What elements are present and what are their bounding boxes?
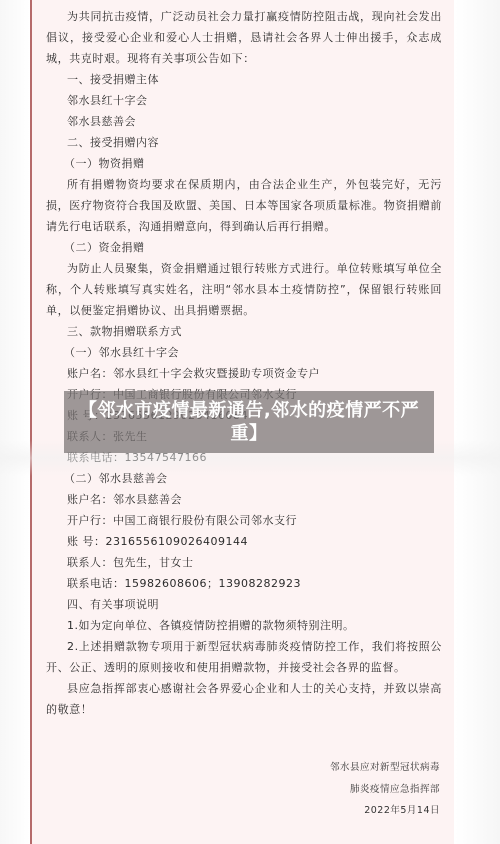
org2-account-name: 账户名：邻水县慈善会 xyxy=(46,489,442,510)
org2-account-number: 账 号：2316556109026409144 xyxy=(46,531,442,552)
org2-contact: 联系人：包先生，甘女士 xyxy=(46,552,442,573)
note-item-2: 2.上述捐赠款物专项用于新型冠状病毒肺炎疫情防控工作，我们将按照公开、公正、透明… xyxy=(46,636,442,678)
funds-donation-body: 为防止人员聚集，资金捐赠通过银行转账方式进行。单位转账填写单位全称，个人转账填写… xyxy=(46,258,442,321)
intro-paragraph: 为共同抗击疫情，广泛动员社会力量打赢疫情防控阻击战，现向社会发出倡议，接受爱心企… xyxy=(46,6,442,69)
org2-phone: 联系电话：15982608606；13908282923 xyxy=(46,573,442,594)
org1-heading: （一）邻水县红十字会 xyxy=(46,342,442,363)
recipient-org-1: 邻水县红十字会 xyxy=(46,90,442,111)
section1-heading: 一、接受捐赠主体 xyxy=(46,69,442,90)
section4-heading: 四、有关事项说明 xyxy=(46,594,442,615)
title-overlay: 【邻水市疫情最新通告,邻水的疫情严不严重】 xyxy=(64,391,434,453)
section3-heading: 三、款物捐赠联系方式 xyxy=(46,321,442,342)
note-item-1: 1.如为定向单位、各镇疫情防控捐赠的款物须特别注明。 xyxy=(46,615,442,636)
signature-line-2: 肺炎疫情应急指挥部 xyxy=(350,781,440,795)
signature-date: 2022年5月14日 xyxy=(364,802,440,816)
closing-paragraph: 县应急指挥部衷心感谢社会各界爱心企业和人士的关心支持，并致以崇高的敬意！ xyxy=(46,678,442,720)
recipient-org-2: 邻水县慈善会 xyxy=(46,111,442,132)
org2-bank: 开户行：中国工商银行股份有限公司邻水支行 xyxy=(46,510,442,531)
org1-account-name: 账户名：邻水县红十字会救灾暨援助专项资金专户 xyxy=(46,363,442,384)
org2-heading: （二）邻水县慈善会 xyxy=(46,468,442,489)
signature-line-1: 邻水县应对新型冠状病毒 xyxy=(330,759,440,773)
document-body: 为共同抗击疫情，广泛动员社会力量打赢疫情防控阻击战，现向社会发出倡议，接受爱心企… xyxy=(46,6,442,720)
funds-donation-heading: （二）资金捐赠 xyxy=(46,237,442,258)
section2-heading: 二、接受捐赠内容 xyxy=(46,132,442,153)
goods-donation-body: 所有捐赠物资均要求在保质期内，由合法企业生产，外包装完好，无污损，医疗物资符合我… xyxy=(46,174,442,237)
overlay-title: 【邻水市疫情最新通告,邻水的疫情严不严重】 xyxy=(70,399,428,445)
goods-donation-heading: （一）物资捐赠 xyxy=(46,153,442,174)
